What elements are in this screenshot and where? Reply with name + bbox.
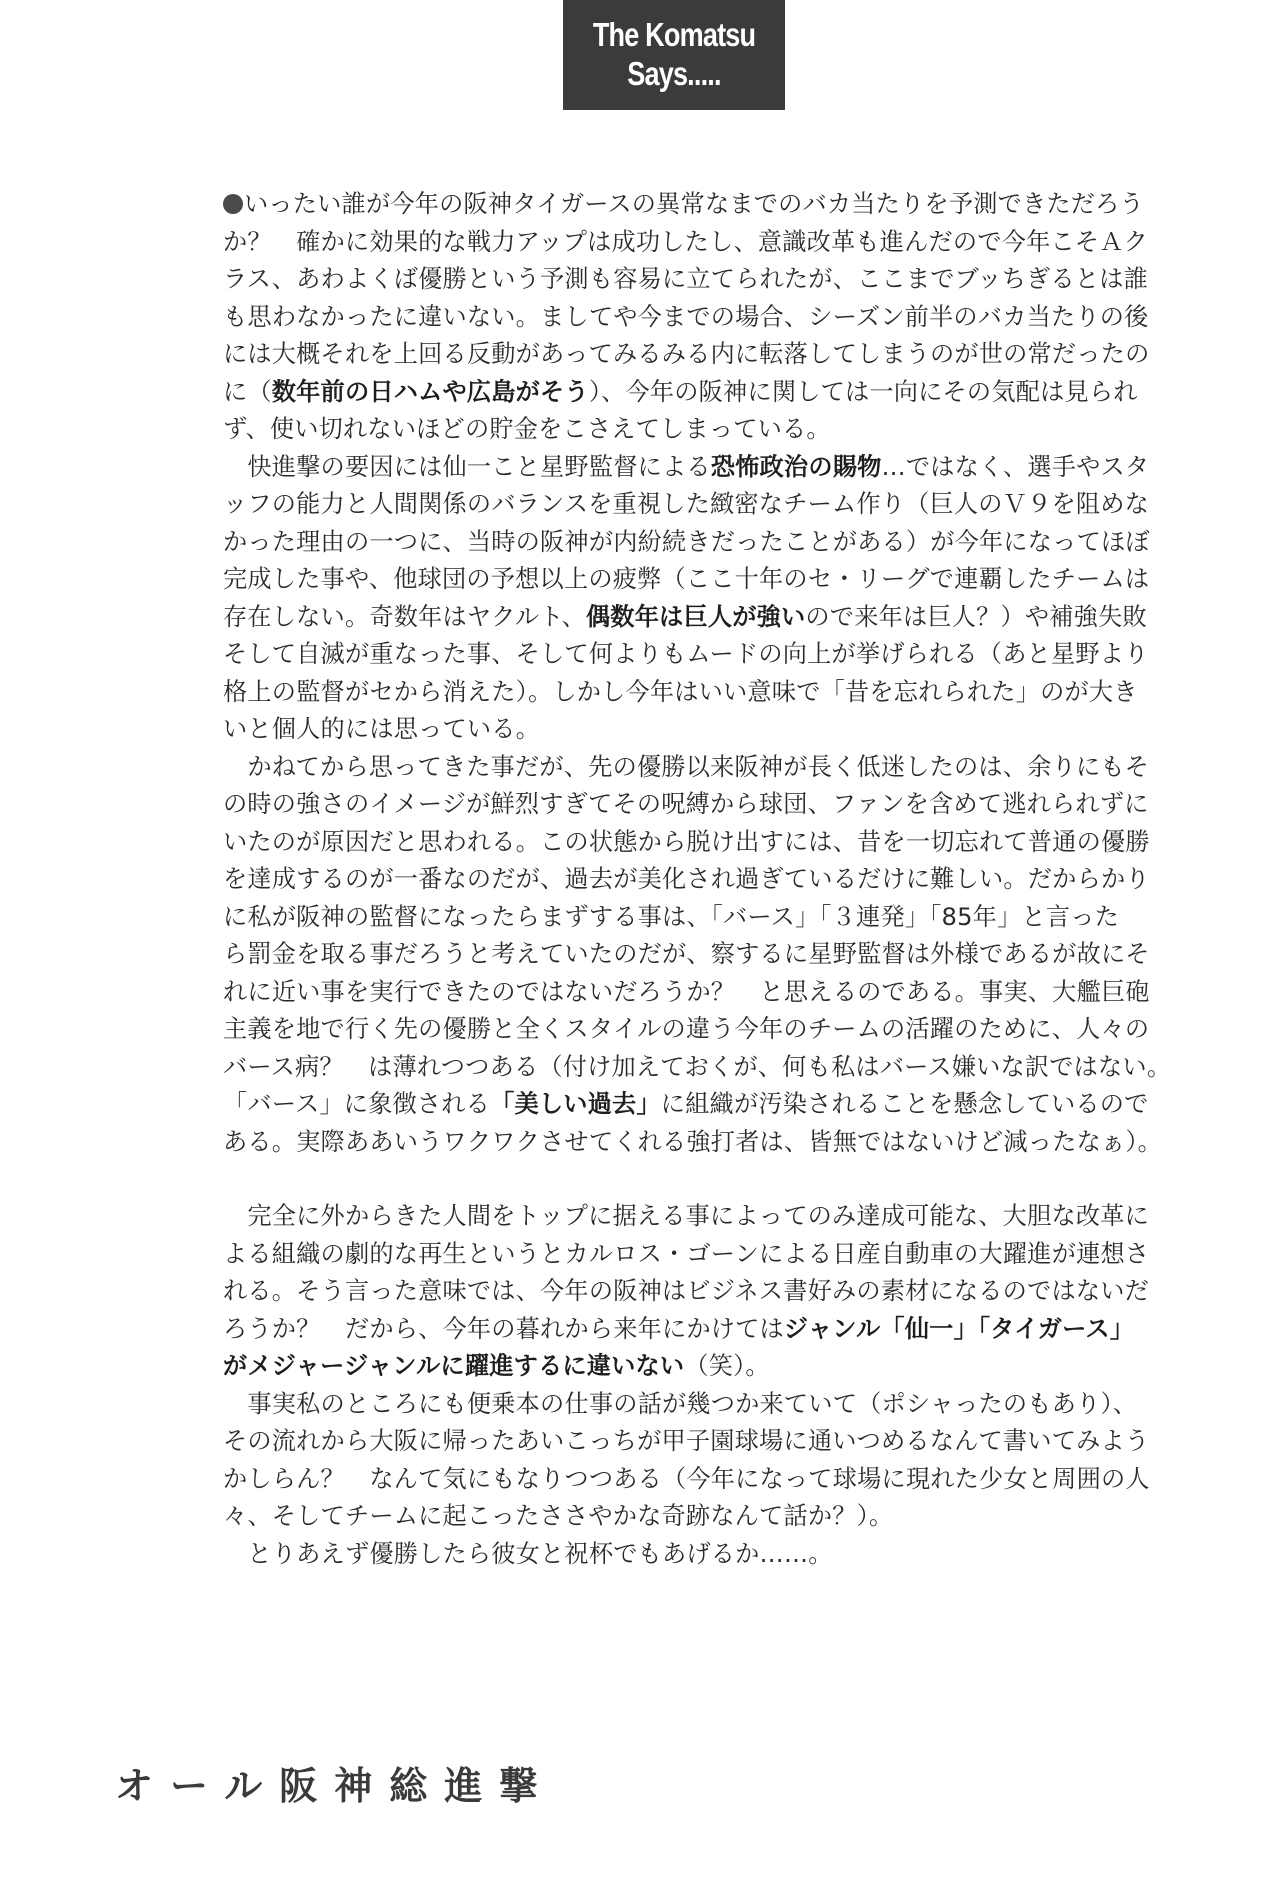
text: ず、使い切れないほどの貯金をこさえてしまっている。 bbox=[223, 415, 831, 443]
bold-text: 偶数年は巨人が強い bbox=[586, 603, 806, 631]
text-line: がメジャージャンルに躍進するに違いない（笑）。 bbox=[223, 1348, 1173, 1386]
text: ある。実際ああいうワクワクさせてくれる強打者は、皆無ではないけど減ったなぁ）。 bbox=[223, 1128, 1162, 1156]
text: かしらん？ なんて気にもなりつつある（今年になって球場に現れた少女と周囲の人 bbox=[223, 1465, 1150, 1493]
text: 々、そしてチームに起こったささやかな奇跡なんて話か？）。 bbox=[223, 1502, 893, 1530]
bold-text: ジャンル「仙一」「タイガース」 bbox=[784, 1315, 1134, 1343]
text: ラス、あわよくば優勝という予測も容易に立てられたが、ここまでブッちぎるとは誰 bbox=[223, 265, 1148, 293]
text-line: いと個人的には思っている。 bbox=[223, 711, 1173, 749]
text-line: ろうか？ だから、今年の暮れから来年にかけてはジャンル「仙一」「タイガース」 bbox=[223, 1311, 1173, 1349]
text: とりあえず優勝したら彼女と祝杯でもあげるか……。 bbox=[223, 1540, 833, 1568]
text-line: その流れから大阪に帰ったあいこっちが甲子園球場に通いつめるなんて書いてみよう bbox=[223, 1423, 1173, 1461]
text-line: かしらん？ なんて気にもなりつつある（今年になって球場に現れた少女と周囲の人 bbox=[223, 1461, 1173, 1499]
text-line: いったい誰が今年の阪神タイガースの異常なまでのバカ当たりを予測できただろう bbox=[223, 186, 1173, 224]
text-line: ッフの能力と人間関係のバランスを重視した緻密なチーム作り（巨人のＶ９を阻めな bbox=[223, 486, 1173, 524]
text: 存在しない。奇数年はヤクルト、 bbox=[223, 603, 586, 631]
text-line: に私が阪神の監督になったらまずする事は、「バース」「３連発」「85年」と言った bbox=[223, 899, 1173, 937]
bold-text: 「美しい過去」 bbox=[490, 1090, 661, 1118]
text-line: を達成するのが一番なのだが、過去が美化され過ぎているだけに難しい。だからかり bbox=[223, 861, 1173, 899]
text: の時の強さのイメージが鮮烈すぎてその呪縛から球団、ファンを含めて逃れられずに bbox=[223, 790, 1149, 818]
text-line: そして自滅が重なった事、そして何よりもムードの向上が挙げられる（あと星野より bbox=[223, 636, 1173, 674]
text-line: に（数年前の日ハムや広島がそう）、今年の阪神に関しては一向にその気配は見られ bbox=[223, 374, 1173, 412]
text-line: ある。実際ああいうワクワクさせてくれる強打者は、皆無ではないけど減ったなぁ）。 bbox=[223, 1124, 1173, 1162]
bold-text: 数年前の日ハムや広島がそう bbox=[272, 378, 589, 406]
text-line: 存在しない。奇数年はヤクルト、偶数年は巨人が強いので来年は巨人？）や補強失敗 bbox=[223, 599, 1173, 637]
text: も思わなかったに違いない。ましてや今までの場合、シーズン前半のバカ当たりの後 bbox=[223, 303, 1149, 331]
text: …ではなく、選手やスタ bbox=[881, 453, 1149, 481]
text-line: よる組織の劇的な再生というとカルロス・ゴーンによる日産自動車の大躍進が連想さ bbox=[223, 1236, 1173, 1274]
text: ら罰金を取る事だろうと考えていたのだが、察するに星野監督は外様であるが故にそ bbox=[223, 940, 1150, 968]
text: ッフの能力と人間関係のバランスを重視した緻密なチーム作り（巨人のＶ９を阻めな bbox=[223, 490, 1149, 518]
text: 事実私のところにも便乗本の仕事の話が幾つか来ていて（ポシャったのもあり）、 bbox=[223, 1390, 1137, 1418]
text: いったい誰が今年の阪神タイガースの異常なまでのバカ当たりを予測できただろう bbox=[244, 190, 1144, 218]
column-title-box: The Komatsu Says..... bbox=[563, 0, 785, 110]
text: 主義を地で行く先の優勝と全くスタイルの違う今年のチームの活躍のために、人々の bbox=[223, 1015, 1149, 1043]
text-line: の時の強さのイメージが鮮烈すぎてその呪縛から球団、ファンを含めて逃れられずに bbox=[223, 786, 1173, 824]
article-body: いったい誰が今年の阪神タイガースの異常なまでのバカ当たりを予測できただろうか？ … bbox=[223, 186, 1173, 1573]
column-title-line-2: Says..... bbox=[627, 57, 720, 92]
text-line: とりあえず優勝したら彼女と祝杯でもあげるか……。 bbox=[223, 1536, 1173, 1574]
text: を達成するのが一番なのだが、過去が美化され過ぎているだけに難しい。だからかり bbox=[223, 865, 1150, 893]
bold-text: がメジャージャンルに躍進するに違いない bbox=[223, 1352, 684, 1380]
text: 「バース」に象徴される bbox=[223, 1090, 490, 1118]
text: に私が阪神の監督になったらまずする事は、「バース」「３連発」「85年」と言った bbox=[223, 903, 1119, 931]
text-line: かった理由の一つに、当時の阪神が内紛続きだったことがある）が今年になってほぼ bbox=[223, 524, 1173, 562]
text-line: には大概それを上回る反動があってみるみる内に転落してしまうのが世の常だったの bbox=[223, 336, 1173, 374]
paragraph-gap bbox=[223, 1161, 1173, 1198]
text: いたのが原因だと思われる。この状態から脱け出すには、昔を一切忘れて普通の優勝 bbox=[223, 828, 1150, 856]
text-line: 完全に外からきた人間をトップに据える事によってのみ達成可能な、大胆な改革に bbox=[223, 1198, 1173, 1236]
text: いと個人的には思っている。 bbox=[223, 715, 540, 743]
text: その流れから大阪に帰ったあいこっちが甲子園球場に通いつめるなんて書いてみよう bbox=[223, 1427, 1149, 1455]
text: 格上の監督がセから消えた）。しかし今年はいい意味で「昔を忘れられた」のが大き bbox=[223, 678, 1138, 706]
text-line: かねてから思ってきた事だが、先の優勝以来阪神が長く低迷したのは、余りにもそ bbox=[223, 749, 1173, 787]
text: ）、今年の阪神に関しては一向にその気配は見られ bbox=[589, 378, 1138, 406]
text-line: ず、使い切れないほどの貯金をこさえてしまっている。 bbox=[223, 411, 1173, 449]
text: に（ bbox=[223, 378, 272, 406]
text: ので来年は巨人？）や補強失敗 bbox=[805, 603, 1146, 631]
text: 完成した事や、他球団の予想以上の疲弊（ここ十年のセ・リーグで連覇したチームは bbox=[223, 565, 1149, 593]
text: バース病？ は薄れつつある（付け加えておくが、何も私はバース嫌いな訳ではない。 bbox=[223, 1053, 1171, 1081]
text: 快進撃の要因には仙一こと星野監督による bbox=[223, 453, 711, 481]
text-line: 々、そしてチームに起こったささやかな奇跡なんて話か？）。 bbox=[223, 1498, 1173, 1536]
text: そして自滅が重なった事、そして何よりもムードの向上が挙げられる（あと星野より bbox=[223, 640, 1149, 668]
footer-heading: オール阪神総進撃 bbox=[115, 1755, 554, 1810]
text-line: 格上の監督がセから消えた）。しかし今年はいい意味で「昔を忘れられた」のが大き bbox=[223, 674, 1173, 712]
text: か？ 確かに効果的な戦力アップは成功したし、意識改革も進んだので今年こそＡク bbox=[223, 228, 1148, 256]
column-title-line-1: The Komatsu bbox=[593, 18, 755, 53]
text-line: バース病？ は薄れつつある（付け加えておくが、何も私はバース嫌いな訳ではない。 bbox=[223, 1049, 1173, 1087]
text-line: ラス、あわよくば優勝という予測も容易に立てられたが、ここまでブッちぎるとは誰 bbox=[223, 261, 1173, 299]
text: （笑）。 bbox=[684, 1352, 769, 1380]
text: には大概それを上回る反動があってみるみる内に転落してしまうのが世の常だったの bbox=[223, 340, 1150, 368]
text: れに近い事を実行できたのではないだろうか？ と思えるのである。事実、大艦巨砲 bbox=[223, 978, 1150, 1006]
text-line: 「バース」に象徴される「美しい過去」に組織が汚染されることを懸念しているので bbox=[223, 1086, 1173, 1124]
text-line: れる。そう言った意味では、今年の阪神はビジネス書好みの素材になるのではないだ bbox=[223, 1273, 1173, 1311]
text-line: いたのが原因だと思われる。この状態から脱け出すには、昔を一切忘れて普通の優勝 bbox=[223, 824, 1173, 862]
text: に組織が汚染されることを懸念しているので bbox=[661, 1090, 1149, 1118]
bold-text: 恐怖政治の賜物 bbox=[711, 453, 882, 481]
bullet-icon bbox=[223, 194, 243, 214]
text-line: ら罰金を取る事だろうと考えていたのだが、察するに星野監督は外様であるが故にそ bbox=[223, 936, 1173, 974]
text-line: 完成した事や、他球団の予想以上の疲弊（ここ十年のセ・リーグで連覇したチームは bbox=[223, 561, 1173, 599]
text: かった理由の一つに、当時の阪神が内紛続きだったことがある）が今年になってほぼ bbox=[223, 528, 1150, 556]
text-line: か？ 確かに効果的な戦力アップは成功したし、意識改革も進んだので今年こそＡク bbox=[223, 224, 1173, 262]
text: 完全に外からきた人間をトップに据える事によってのみ達成可能な、大胆な改革に bbox=[223, 1202, 1149, 1230]
text: よる組織の劇的な再生というとカルロス・ゴーンによる日産自動車の大躍進が連想さ bbox=[223, 1240, 1149, 1268]
text-line: も思わなかったに違いない。ましてや今までの場合、シーズン前半のバカ当たりの後 bbox=[223, 299, 1173, 337]
text-line: 主義を地で行く先の優勝と全くスタイルの違う今年のチームの活躍のために、人々の bbox=[223, 1011, 1173, 1049]
text-line: 快進撃の要因には仙一こと星野監督による恐怖政治の賜物…ではなく、選手やスタ bbox=[223, 449, 1173, 487]
text-line: れに近い事を実行できたのではないだろうか？ と思えるのである。事実、大艦巨砲 bbox=[223, 974, 1173, 1012]
text: かねてから思ってきた事だが、先の優勝以来阪神が長く低迷したのは、余りにもそ bbox=[223, 753, 1149, 781]
text: ろうか？ だから、今年の暮れから来年にかけては bbox=[223, 1315, 784, 1343]
text-line: 事実私のところにも便乗本の仕事の話が幾つか来ていて（ポシャったのもあり）、 bbox=[223, 1386, 1173, 1424]
text: れる。そう言った意味では、今年の阪神はビジネス書好みの素材になるのではないだ bbox=[223, 1277, 1149, 1305]
